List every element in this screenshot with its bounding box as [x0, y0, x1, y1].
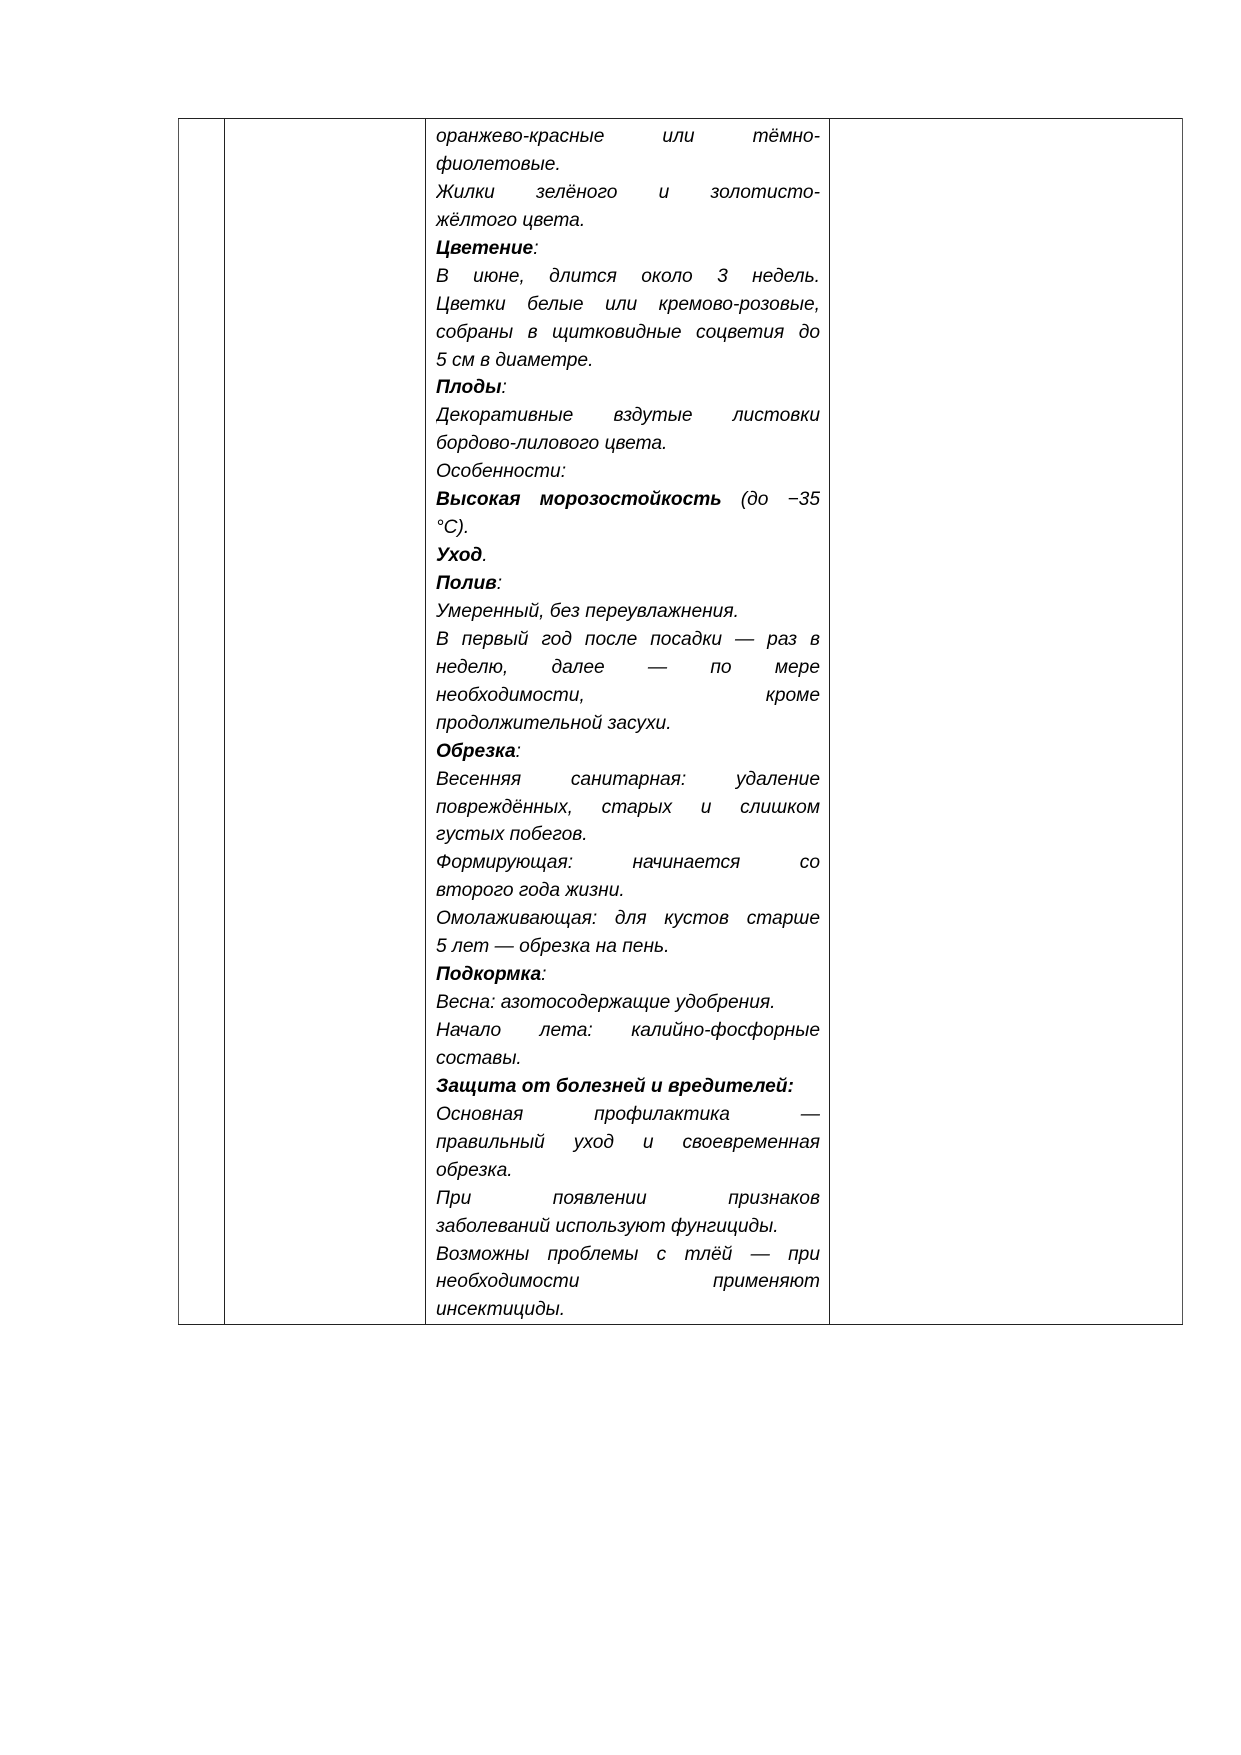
description-line: Жилки зелёного и золотисто-	[436, 179, 820, 207]
body-text: Возможны проблемы с тлёй — при	[436, 1244, 820, 1265]
description-line: второго года жизни.	[436, 877, 820, 905]
table-cell-notes	[830, 119, 1183, 1325]
body-text: фиолетовые.	[436, 154, 561, 175]
body-text: Омолаживающая: для кустов старше	[436, 908, 820, 929]
plant-description-table: оранжево-красные или тёмно-фиолетовые.Жи…	[178, 118, 1183, 1325]
description-line: Плоды:	[436, 374, 820, 402]
body-text: :	[497, 573, 502, 594]
description-line: бордово-лилового цвета.	[436, 430, 820, 458]
description-line: повреждённых, старых и слишком	[436, 794, 820, 822]
body-text: В первый год после посадки — раз в	[436, 629, 820, 650]
description-line: В июне, длится около 3 недель.	[436, 263, 820, 291]
body-text: Умеренный, без переувлажнения.	[436, 601, 739, 622]
description-line: инсектициды.	[436, 1296, 820, 1324]
description-line: Уход.	[436, 542, 820, 570]
bold-heading-text: Подкормка	[436, 964, 541, 985]
description-line: Декоративные вздутые листовки	[436, 402, 820, 430]
bold-heading-text: Плоды	[436, 377, 501, 398]
description-line: Цветение:	[436, 235, 820, 263]
body-text: Весна: азотосодержащие удобрения.	[436, 992, 776, 1013]
body-text: :	[516, 741, 521, 762]
description-line: обрезка.	[436, 1157, 820, 1185]
body-text: оранжево-красные или тёмно-	[436, 126, 820, 147]
description-line: Весна: азотосодержащие удобрения.	[436, 989, 820, 1017]
description-line: оранжево-красные или тёмно-	[436, 123, 820, 151]
description-line: Обрезка:	[436, 738, 820, 766]
description-line: В первый год после посадки — раз в	[436, 626, 820, 654]
body-text: Основная профилактика —	[436, 1104, 820, 1125]
body-text: :	[533, 238, 538, 259]
body-text: жёлтого цвета.	[436, 210, 585, 231]
body-text: продолжительной засухи.	[436, 713, 672, 734]
description-line: необходимости применяют	[436, 1268, 820, 1296]
table-cell-name	[225, 119, 426, 1325]
body-text: Особенности:	[436, 461, 566, 482]
body-text: При появлении признаков	[436, 1188, 820, 1209]
body-text: обрезка.	[436, 1160, 513, 1181]
body-text: правильный уход и своевременная	[436, 1132, 820, 1153]
description-line: Защита от болезней и вредителей:	[436, 1073, 820, 1101]
body-text: В июне, длится около 3 недель.	[436, 266, 820, 287]
body-text: неделю, далее — по мере	[436, 657, 820, 678]
description-line: Высокая морозостойкость (до −35	[436, 486, 820, 514]
body-text: второго года жизни.	[436, 880, 625, 901]
description-line: правильный уход и своевременная	[436, 1129, 820, 1157]
description-line: Основная профилактика —	[436, 1101, 820, 1129]
description-line: заболеваний используют фунгициды.	[436, 1213, 820, 1241]
description-line: продолжительной засухи.	[436, 710, 820, 738]
table-row: оранжево-красные или тёмно-фиолетовые.Жи…	[179, 119, 1183, 1325]
description-line: густых побегов.	[436, 821, 820, 849]
table-cell-description: оранжево-красные или тёмно-фиолетовые.Жи…	[426, 119, 830, 1325]
body-text: Цветки белые или кремово-розовые,	[436, 294, 820, 315]
description-line: неделю, далее — по мере	[436, 654, 820, 682]
body-text: бордово-лилового цвета.	[436, 433, 667, 454]
body-text: собраны в щитковидные соцветия до	[436, 322, 820, 343]
body-text: составы.	[436, 1048, 522, 1069]
bold-heading-text: Полив	[436, 573, 497, 594]
body-text: повреждённых, старых и слишком	[436, 797, 820, 818]
body-text: .	[482, 545, 487, 566]
description-line: жёлтого цвета.	[436, 207, 820, 235]
body-text: °C).	[436, 517, 469, 538]
description-line: Цветки белые или кремово-розовые,	[436, 291, 820, 319]
description-text: оранжево-красные или тёмно-фиолетовые.Жи…	[426, 119, 829, 1324]
body-text: 5 см в диаметре.	[436, 350, 593, 371]
bold-heading-text: Обрезка	[436, 741, 516, 762]
body-text: необходимости, кроме	[436, 685, 820, 706]
body-text: инсектициды.	[436, 1299, 565, 1320]
bold-heading-text: Высокая морозостойкость	[436, 489, 722, 510]
description-line: 5 лет — обрезка на пень.	[436, 933, 820, 961]
table-cell-number	[179, 119, 225, 1325]
body-text: Начало лета: калийно-фосфорные	[436, 1020, 820, 1041]
description-line: Подкормка:	[436, 961, 820, 989]
bold-heading-text: Цветение	[436, 238, 533, 259]
body-text: заболеваний используют фунгициды.	[436, 1216, 779, 1237]
description-line: Формирующая: начинается со	[436, 849, 820, 877]
description-line: Полив:	[436, 570, 820, 598]
description-line: собраны в щитковидные соцветия до	[436, 319, 820, 347]
description-line: фиолетовые.	[436, 151, 820, 179]
description-line: 5 см в диаметре.	[436, 347, 820, 375]
description-line: Омолаживающая: для кустов старше	[436, 905, 820, 933]
body-text: Формирующая: начинается со	[436, 852, 820, 873]
body-text: :	[541, 964, 546, 985]
body-text: :	[501, 377, 506, 398]
body-text: (до −35	[722, 489, 820, 510]
description-line: необходимости, кроме	[436, 682, 820, 710]
description-line: При появлении признаков	[436, 1185, 820, 1213]
description-line: °C).	[436, 514, 820, 542]
description-line: Возможны проблемы с тлёй — при	[436, 1241, 820, 1269]
body-text: Весенняя санитарная: удаление	[436, 769, 820, 790]
description-line: Особенности:	[436, 458, 820, 486]
description-line: Начало лета: калийно-фосфорные	[436, 1017, 820, 1045]
body-text: Декоративные вздутые листовки	[436, 405, 820, 426]
body-text: густых побегов.	[436, 824, 588, 845]
body-text: Жилки зелёного и золотисто-	[436, 182, 820, 203]
body-text: необходимости применяют	[436, 1271, 820, 1292]
body-text: 5 лет — обрезка на пень.	[436, 936, 669, 957]
description-line: Весенняя санитарная: удаление	[436, 766, 820, 794]
bold-heading-text: Защита от болезней и вредителей:	[436, 1076, 794, 1097]
description-line: Умеренный, без переувлажнения.	[436, 598, 820, 626]
description-line: составы.	[436, 1045, 820, 1073]
bold-heading-text: Уход	[436, 545, 482, 566]
